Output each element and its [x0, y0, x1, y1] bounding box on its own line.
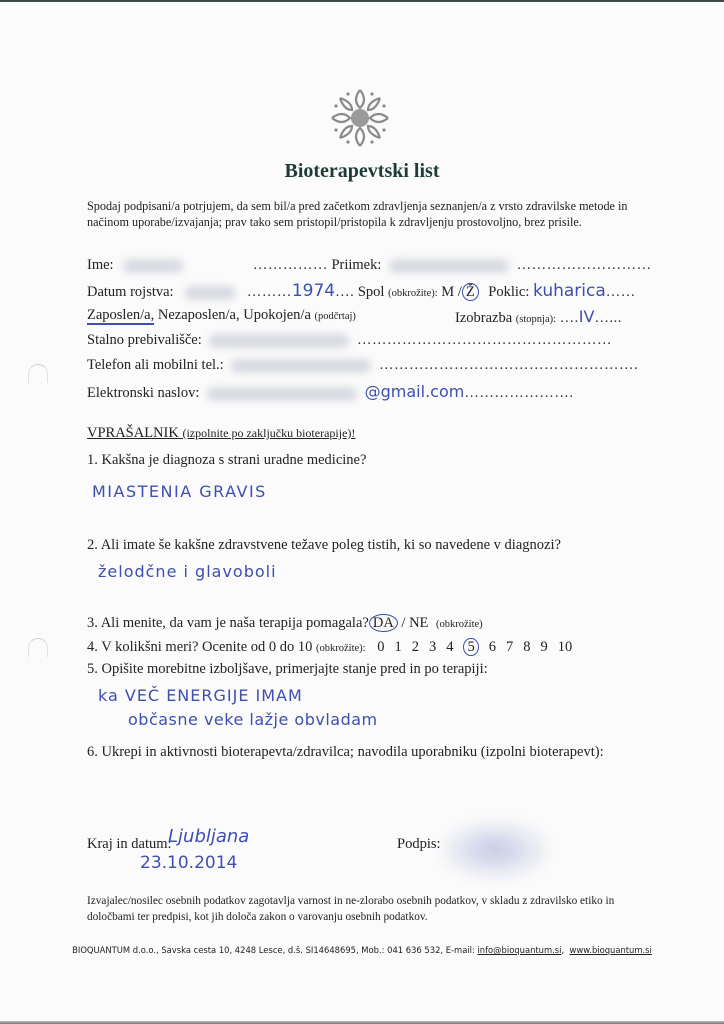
status-option-zaposlen[interactable]: Zaposlen/a, [87, 307, 154, 325]
question-3: 3. Ali menite, da vam je naša terapija p… [87, 614, 483, 632]
question-3-text: 3. Ali menite, da vam je naša terapija p… [87, 615, 369, 631]
email-label: Elektronski naslov: [87, 385, 199, 401]
signature-label: Podpis: [397, 836, 441, 853]
rating-option-5[interactable]: 5 [463, 638, 478, 656]
rating-option-7[interactable]: 7 [506, 639, 513, 656]
scan-top-edge [0, 0, 724, 2]
place-date-label: Kraj in datum: [87, 836, 172, 853]
rating-option-10[interactable]: 10 [558, 639, 573, 656]
company-website-link[interactable]: www.bioquantum.si [570, 945, 652, 955]
birth-row: Datum rojstva: ………1974…. Spol (obkrožite… [87, 281, 636, 301]
status-option-nezaposlen[interactable]: Nezaposlen/a, [158, 307, 240, 323]
rating-option-6[interactable]: 6 [489, 639, 496, 656]
question-2: 2. Ali imate še kakšne zdravstvene težav… [87, 537, 561, 554]
priimek-redacted [389, 259, 509, 273]
datum-dots: ……… [247, 284, 292, 300]
rating-option-8[interactable]: 8 [523, 639, 530, 656]
ime-redacted [123, 259, 183, 273]
prebivalisce-dots[interactable]: …………………………………………… [357, 332, 612, 348]
email-redacted [207, 387, 357, 401]
telefon-dots[interactable]: ……………………………………………. [379, 357, 638, 373]
answer-5-line-2[interactable]: občasne veke lažje obvladam [128, 710, 378, 729]
datum-dots-after: …. [335, 284, 354, 300]
privacy-notice: Izvajalec/nosilec osebnih podatkov zagot… [87, 893, 647, 925]
questionnaire-hint: (izpolnite po zaključku bioterapije)! [182, 426, 355, 440]
ime-label: Ime: [87, 257, 114, 273]
education-field: Izobrazba (stopnja): ….IV…... [455, 307, 622, 327]
telefon-label: Telefon ali mobilni tel.: [87, 357, 224, 373]
email-value[interactable]: @gmail.com [365, 382, 465, 401]
status-option-upokojen[interactable]: Upokojen/a [243, 307, 311, 323]
employment-row: Zaposlen/a, Nezaposlen/a, Upokojen/a (po… [87, 307, 356, 324]
questionnaire-title: VPRAŠALNIK [87, 425, 179, 441]
prebivalisce-redacted [209, 334, 349, 348]
rating-scale: 012345678910 [377, 639, 582, 655]
rating-option-2[interactable]: 2 [412, 639, 419, 656]
answer-5-line-1[interactable]: ka VEČ ENERGIJE IMAM [98, 686, 303, 705]
spol-option-z[interactable]: Ž [462, 283, 479, 301]
question-4-text: 4. V kolikšni meri? Ocenite od 0 do 10 [87, 639, 312, 655]
ime-dots[interactable]: …………… [253, 257, 328, 273]
status-hint: (podčrtaj) [315, 311, 356, 322]
spol-label: Spol [358, 284, 385, 300]
company-email-link[interactable]: info@bioquantum.si [477, 945, 561, 955]
datum-redacted [185, 286, 235, 300]
phone-row: Telefon ali mobilni tel.: ……………………………………… [87, 357, 638, 374]
poklic-value[interactable]: kuharica [533, 281, 606, 301]
option-ne[interactable]: / NE [401, 615, 428, 631]
consent-paragraph: Spodaj podpisani/a potrjujem, da sem bil… [87, 198, 647, 230]
answer-2[interactable]: želodčne i glavoboli [98, 562, 277, 581]
spol-hint: (obkrožite): [388, 288, 438, 299]
datum-value[interactable]: 1974 [292, 281, 335, 301]
datum-label: Datum rojstva: [87, 284, 174, 300]
sun-mandala-icon [328, 86, 392, 150]
page-title: Bioterapevtski list [0, 160, 724, 183]
rating-option-1[interactable]: 1 [394, 639, 401, 656]
izobrazba-dots-after: …... [594, 310, 621, 326]
priimek-label: Priimek: [331, 257, 381, 273]
izobrazba-value[interactable]: IV [579, 307, 595, 326]
question-4-hint: (obkrožite): [316, 643, 366, 654]
question-3-hint: (obkrožite) [436, 619, 483, 630]
questionnaire-heading: VPRAŠALNIK (izpolnite po zaključku biote… [87, 425, 355, 442]
name-row: Ime: …………… Priimek: ……………………… [87, 257, 652, 274]
rating-option-9[interactable]: 9 [540, 639, 547, 656]
izobrazba-hint: (stopnja): [516, 314, 556, 325]
question-4: 4. V kolikšni meri? Ocenite od 0 do 10 (… [87, 638, 582, 656]
company-details: BIOQUANTUM d.o.o., Savska cesta 10, 4248… [72, 945, 477, 955]
spol-option-m[interactable]: M / [441, 284, 462, 300]
email-dots: …………………. [464, 385, 573, 401]
poklic-label: Poklic: [488, 284, 529, 300]
form-page: Bioterapevtski list Spodaj podpisani/a p… [0, 0, 724, 1024]
email-row: Elektronski naslov: @gmail.com…………………. [87, 382, 573, 402]
separator: , [562, 945, 570, 955]
answer-1[interactable]: MIASTENIA GRAVIS [92, 482, 267, 501]
question-1: 1. Kakšna je diagnoza s strani uradne me… [87, 452, 366, 469]
poklic-dots: …… [606, 284, 636, 300]
telefon-redacted [231, 359, 371, 373]
priimek-dots[interactable]: ……………………… [517, 257, 652, 273]
company-info: BIOQUANTUM d.o.o., Savska cesta 10, 4248… [0, 945, 724, 955]
address-row: Stalno prebivališče: …………………………………………… [87, 332, 612, 349]
punch-hole [28, 638, 48, 657]
place-value[interactable]: Ljubljana [168, 826, 249, 847]
date-value[interactable]: 23.10.2014 [140, 853, 237, 873]
izobrazba-label: Izobrazba [455, 310, 512, 326]
rating-option-3[interactable]: 3 [429, 639, 436, 656]
prebivalisce-label: Stalno prebivališče: [87, 332, 202, 348]
signature-redacted[interactable] [440, 820, 550, 880]
rating-option-0[interactable]: 0 [377, 639, 384, 656]
izobrazba-dots: …. [560, 310, 579, 326]
punch-hole [28, 364, 48, 383]
question-5: 5. Opišite morebitne izboljšave, primerj… [87, 661, 488, 678]
question-6: 6. Ukrepi in aktivnosti bioterapevta/zdr… [87, 744, 604, 761]
rating-option-4[interactable]: 4 [446, 639, 453, 656]
option-da[interactable]: DA [369, 614, 398, 632]
